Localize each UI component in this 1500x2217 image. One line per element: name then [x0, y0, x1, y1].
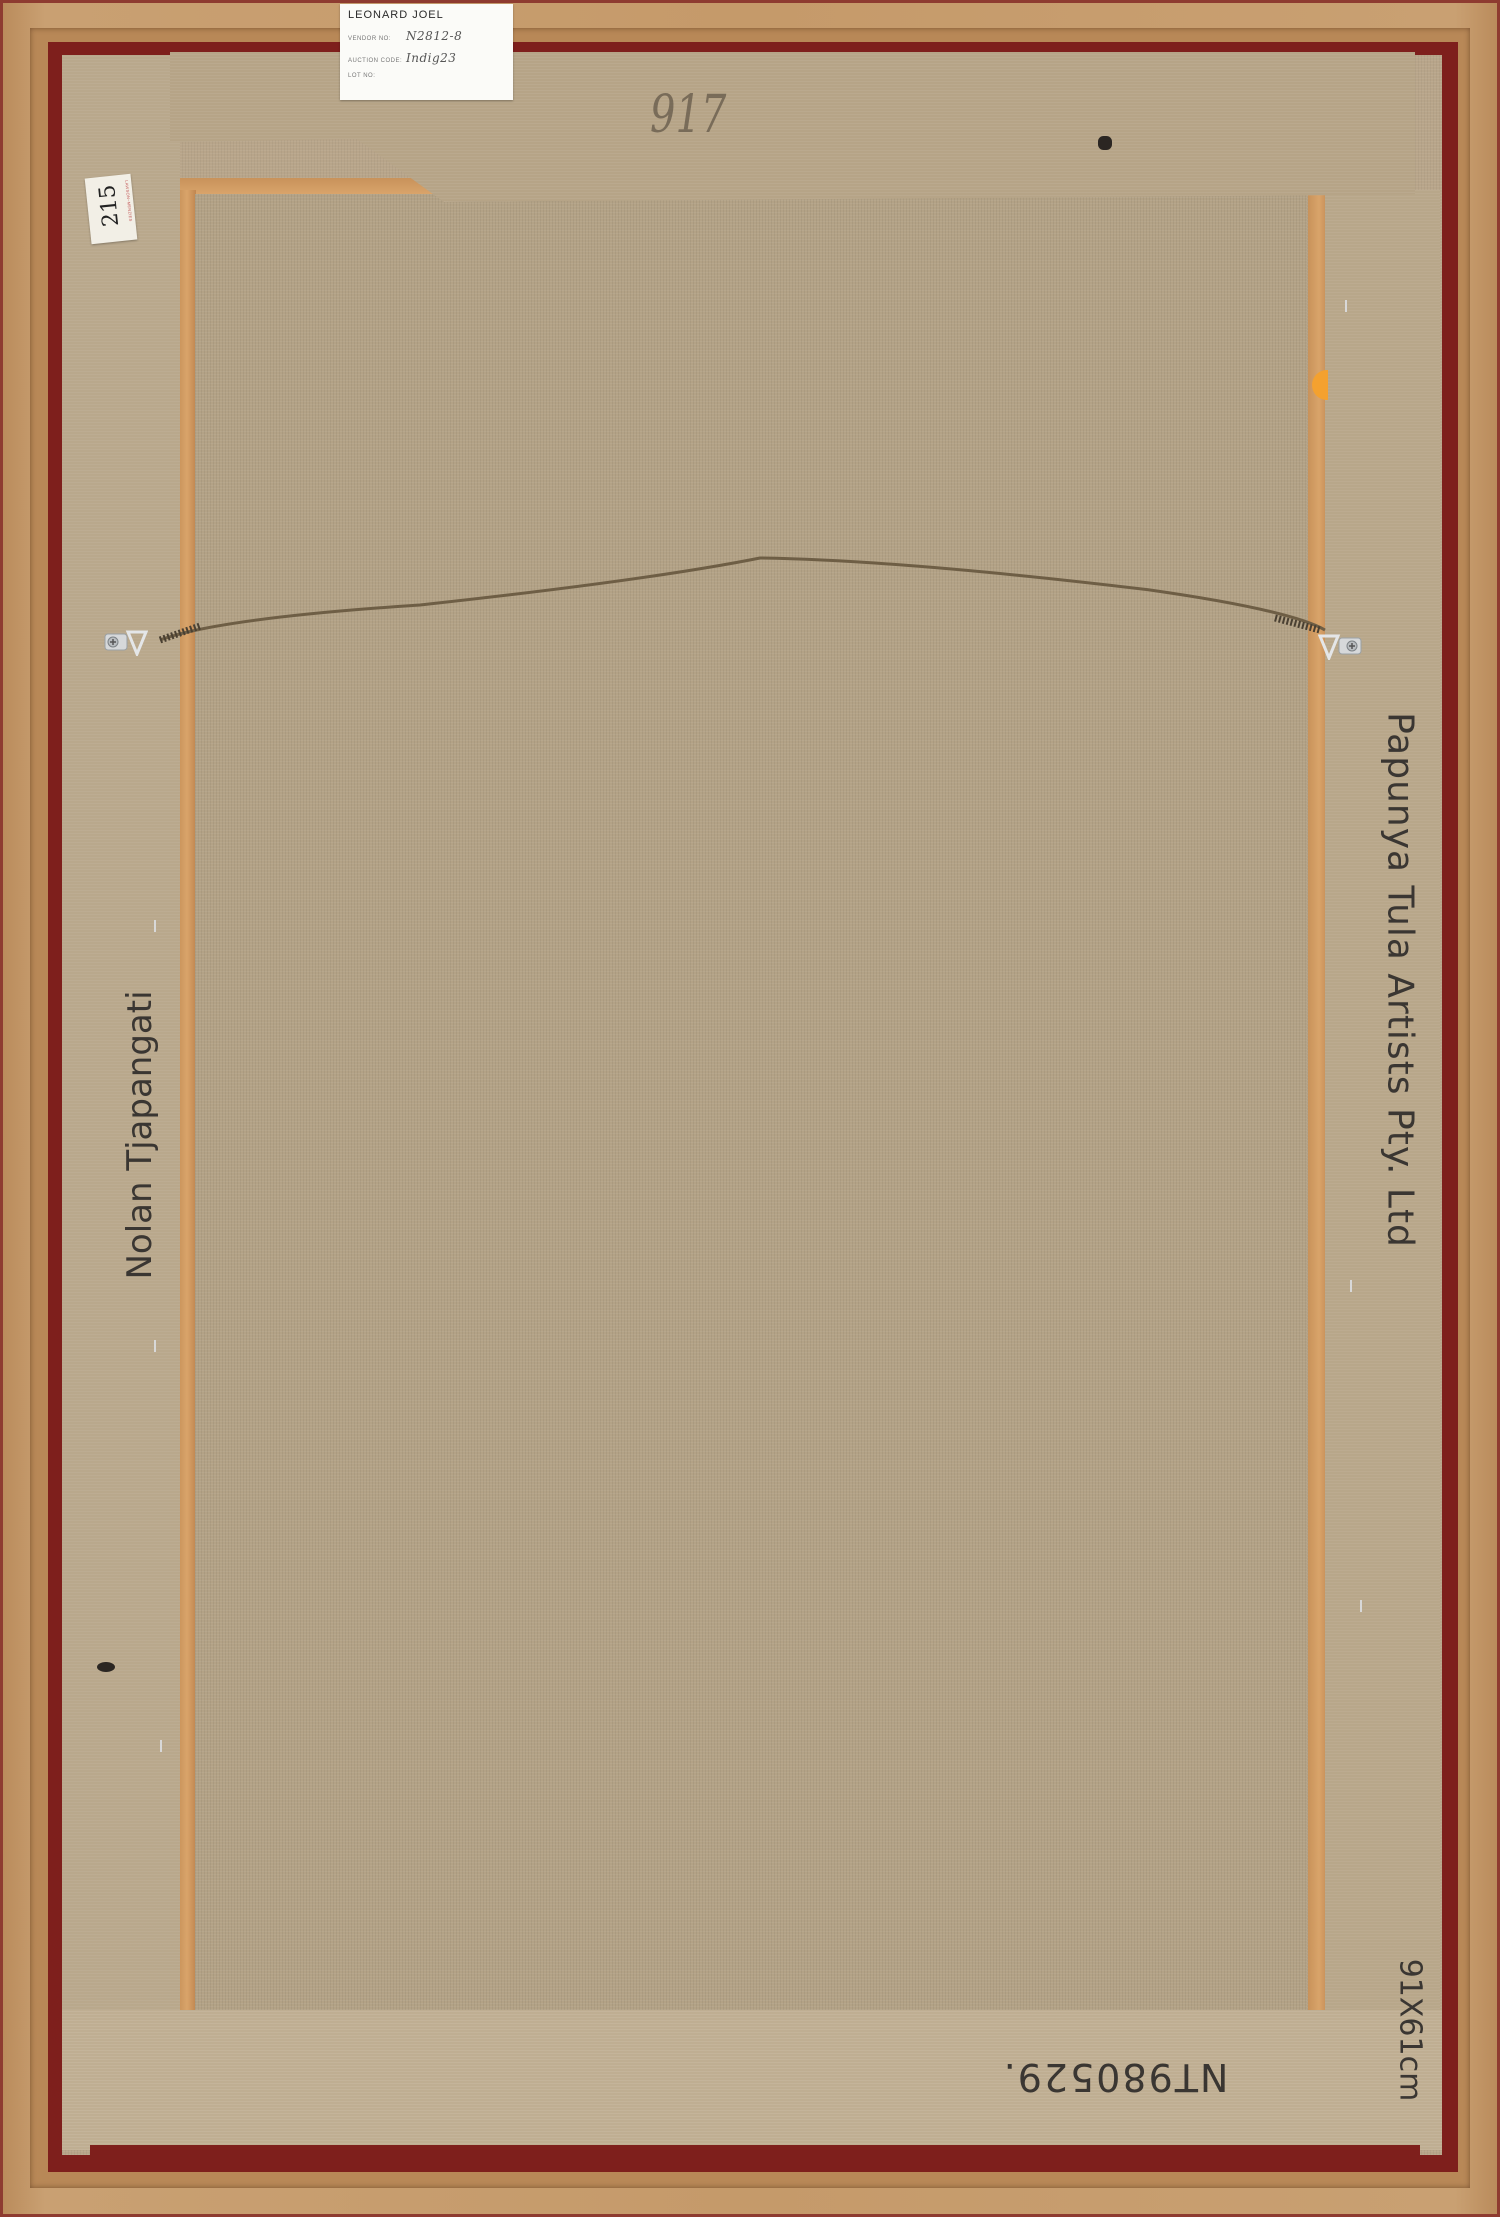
auction-house-name: LEONARD JOEL	[348, 9, 505, 21]
label-row-lot: LOT NO:	[348, 73, 505, 79]
canvas-back	[195, 194, 1307, 2010]
company-inscription: Papunya Tula Artists Pty. Ltd	[1380, 712, 1421, 1248]
label-row-vendor: VENDOR NO: N2812-8	[348, 29, 505, 43]
stretcher-bar-left	[178, 190, 196, 2020]
red-edge-bottom	[90, 2145, 1420, 2159]
staple	[1350, 1280, 1352, 1292]
label-value: Indig23	[406, 51, 456, 65]
paint-blot	[1098, 136, 1112, 150]
auction-label: LEONARD JOEL VENDOR NO: N2812-8 AUCTION …	[340, 4, 513, 100]
staple	[1345, 300, 1347, 312]
staple	[154, 1340, 156, 1352]
catalogue-number-inscription: NT980529.	[1002, 2055, 1229, 2099]
ink-blot	[97, 1662, 115, 1672]
artist-name-inscription: Nolan Tjapangati	[120, 990, 160, 1279]
d-ring-hanger-right-icon	[1318, 632, 1362, 660]
label-key: AUCTION CODE:	[348, 58, 406, 64]
d-ring-hanger-left-icon	[104, 628, 148, 656]
label-key: LOT NO:	[348, 73, 406, 79]
lot-number-tag: 215 LAWSON~MENZIES	[85, 174, 138, 244]
staple	[154, 920, 156, 932]
staple	[1360, 1600, 1362, 1612]
label-value: N2812-8	[406, 29, 462, 43]
canvas-flap-bottom	[62, 2010, 1442, 2150]
label-row-auction-code: AUCTION CODE: Indig23	[348, 51, 505, 65]
staple	[160, 1740, 162, 1752]
pencil-number: 917	[650, 85, 726, 145]
label-key: VENDOR NO:	[348, 36, 406, 42]
lot-number: 215	[95, 185, 124, 227]
dimensions-inscription: 91X61cm	[1393, 1959, 1428, 2102]
